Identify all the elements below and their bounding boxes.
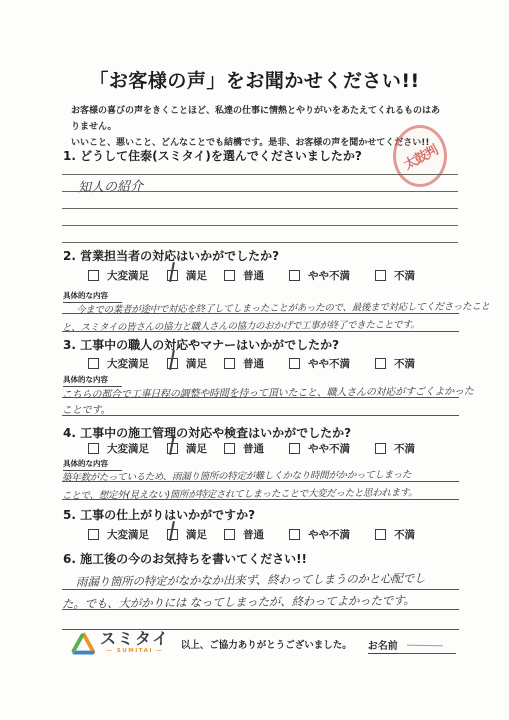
question-3-label: 3. 工事中の職人の対応やマナーはいかがでしたか?	[63, 336, 339, 353]
intro-line-1: お客様の喜びの声をきくことほど、私達の仕事に情熱とやりがいをあたえてくれるものは…	[71, 103, 447, 135]
q6-answer-area: 雨漏り箇所の特定がなかなか出来ず、終わってしまうのかと心配でし た。でも、大がか…	[62, 568, 459, 630]
footer: スミタイ — SUMITAI — 以上、ご協力ありがとうございました。 お名前	[70, 631, 456, 656]
q4-checkbox-satisfied[interactable]	[167, 443, 178, 454]
q3-option-very-satisfied: 大変満足	[88, 356, 167, 371]
q4-answer-handwriting: 築年数がたっているため、雨漏り箇所の特定が難しくかなり時間がかかってしまった	[62, 466, 411, 483]
ruled-line	[62, 226, 458, 243]
q2-option-slightly-dissatisfied: やや不満	[289, 268, 375, 283]
logo-subtext: — SUMITAI —	[100, 648, 170, 654]
checkbox-label: 不満	[394, 527, 415, 542]
checkbox-label: 普通	[243, 527, 264, 542]
checkbox-label: やや不満	[308, 268, 350, 283]
q2-option-very-satisfied: 大変満足	[88, 268, 167, 283]
q3-checkbox-dissatisfied[interactable]	[375, 358, 386, 369]
q5-option-dissatisfied: 不満	[375, 527, 473, 542]
q2-option-normal: 普通	[224, 268, 289, 283]
q6-answer-handwriting: た。でも、大がかりには なってしまったが、終わってよかったです。	[62, 592, 415, 612]
q5-checkbox-normal[interactable]	[224, 529, 235, 540]
q5-checkbox-very-satisfied[interactable]	[88, 529, 99, 540]
checkbox-label: やや不満	[308, 527, 350, 542]
checkbox-label: 普通	[243, 356, 264, 371]
q4-checkbox-normal[interactable]	[224, 443, 235, 454]
q4-option-dissatisfied: 不満	[375, 441, 473, 456]
q5-option-normal: 普通	[224, 527, 289, 542]
q4-option-satisfied: 満足	[167, 441, 224, 456]
q6-answer-handwriting: 雨漏り箇所の特定がなかなか出来ず、終わってしまうのかと心配でし	[76, 570, 425, 590]
q4-options-row: 大変満足 満足 普通 やや不満 不満	[88, 441, 473, 456]
q3-option-dissatisfied: 不満	[375, 356, 473, 371]
form-title: 「お客様の声」をお聞かせください!!	[0, 66, 509, 93]
q5-checkbox-dissatisfied[interactable]	[375, 529, 386, 540]
q3-answer-area: こちらの都合で工事日程の調整や時間を待って頂いたこと、職人さんの対応がすごくよか…	[62, 381, 459, 416]
ruled-line: 雨漏り箇所の特定がなかなか出来ず、終わってしまうのかと心配でし	[62, 568, 459, 590]
q3-option-slightly-dissatisfied: やや不満	[289, 356, 375, 371]
q2-option-satisfied: 満足	[167, 268, 224, 283]
q5-option-very-satisfied: 大変満足	[88, 527, 167, 542]
name-label: お名前	[368, 637, 398, 654]
q2-option-dissatisfied: 不満	[375, 268, 473, 283]
checkbox-label: 大変満足	[107, 441, 149, 456]
checkbox-label: 大変満足	[107, 268, 149, 283]
checkbox-label: 不満	[394, 356, 415, 371]
q3-checkbox-satisfied[interactable]	[167, 358, 178, 369]
q4-option-slightly-dissatisfied: やや不満	[289, 441, 375, 456]
thanks-text: 以上、ご協力ありがとうございました。	[181, 637, 352, 651]
survey-sheet: 「お客様の声」をお聞かせください!! お客様の喜びの声をきくことほど、私達の仕事…	[0, 0, 509, 720]
sumitai-logo-icon	[70, 632, 96, 656]
ruled-line: 知人の紹介	[62, 175, 458, 192]
q5-option-slightly-dissatisfied: やや不満	[289, 527, 375, 542]
q5-option-satisfied: 満足	[167, 527, 224, 542]
question-4-label: 4. 工事中の施工管理の対応や検査はいかがでしたか?	[63, 424, 351, 441]
question-2-label: 2. 営業担当者の対応はいかがでしたか?	[63, 247, 279, 264]
ruled-line	[62, 158, 458, 175]
ruled-line	[62, 610, 459, 630]
q2-options-row: 大変満足 満足 普通 やや不満 不満	[88, 268, 473, 283]
q2-checkbox-slightly-dissatisfied[interactable]	[289, 270, 300, 281]
q4-checkbox-very-satisfied[interactable]	[88, 443, 99, 454]
q2-checkbox-satisfied[interactable]	[167, 270, 178, 281]
ruled-line: ことです。	[62, 398, 459, 416]
ruled-line	[62, 209, 458, 226]
checkbox-label: 普通	[243, 441, 264, 456]
checkbox-label: 不満	[394, 441, 415, 456]
q2-answer-area: 今までの業者が途中で対応を終了してしまったことがあったので、最後まで対応してくだ…	[62, 296, 459, 332]
question-5-label: 5. 工事の仕上がりはいかがですか?	[63, 506, 255, 523]
checkbox-label: やや不満	[308, 441, 350, 456]
q4-checkbox-dissatisfied[interactable]	[375, 443, 386, 454]
ruled-line: ことで、想定外(見えない)箇所が特定されてしまったことで大変だったと思われます。	[62, 482, 459, 500]
logo-text-block: スミタイ — SUMITAI —	[100, 631, 170, 654]
ruled-line: と、スミタイの皆さんの協力と職人さんの協力のおかげで工事が終了できたことです。	[62, 314, 459, 332]
ruled-line: 築年数がたっているため、雨漏り箇所の特定が難しくかなり時間がかかってしまった	[62, 464, 459, 482]
q5-checkbox-slightly-dissatisfied[interactable]	[289, 529, 300, 540]
q5-checkbox-satisfied[interactable]	[167, 529, 178, 540]
q2-checkbox-normal[interactable]	[224, 270, 235, 281]
ruled-line	[62, 192, 458, 209]
q2-checkbox-very-satisfied[interactable]	[88, 270, 99, 281]
q3-checkbox-normal[interactable]	[224, 358, 235, 369]
q1-answer-area: 知人の紹介	[62, 158, 458, 243]
q2-checkbox-dissatisfied[interactable]	[375, 270, 386, 281]
question-6-label: 6. 施工後の今のお気持ちを書いてください!!	[63, 550, 307, 567]
checkbox-label: 不満	[394, 268, 415, 283]
checkbox-label: 満足	[186, 268, 207, 283]
checkbox-label: やや不満	[308, 356, 350, 371]
q4-checkbox-slightly-dissatisfied[interactable]	[289, 443, 300, 454]
checkbox-label: 普通	[243, 268, 264, 283]
checkbox-label: 満足	[186, 527, 207, 542]
q4-option-very-satisfied: 大変満足	[88, 441, 167, 456]
logo-text: スミタイ	[100, 631, 170, 648]
q2-answer-handwriting: と、スミタイの皆さんの協力と職人さんの協力のおかげで工事が終了できたことです。	[62, 316, 420, 333]
checkbox-label: 大変満足	[107, 356, 149, 371]
checkbox-label: 満足	[186, 441, 207, 456]
ruled-line: 今までの業者が途中で対応を終了してしまったことがあったので、最後まで対応してくだ…	[62, 296, 459, 314]
intro-text: お客様の喜びの声をきくことほど、私達の仕事に情熱とやりがいをあたえてくれるものは…	[71, 103, 447, 152]
q3-options-row: 大変満足 満足 普通 やや不満 不満	[88, 356, 473, 371]
q4-answer-area: 築年数がたっているため、雨漏り箇所の特定が難しくかなり時間がかかってしまった こ…	[62, 464, 459, 500]
q3-checkbox-slightly-dissatisfied[interactable]	[289, 358, 300, 369]
q4-answer-handwriting: ことで、想定外(見えない)箇所が特定されてしまったことで大変だったと思われます。	[62, 484, 418, 501]
ruled-line: た。でも、大がかりには なってしまったが、終わってよかったです。	[62, 590, 459, 610]
q3-answer-handwriting: ことです。	[62, 401, 110, 416]
checkbox-label: 満足	[186, 356, 207, 371]
ruled-line: こちらの都合で工事日程の調整や時間を待って頂いたこと、職人さんの対応がすごくよか…	[62, 381, 459, 398]
q3-option-satisfied: 満足	[167, 356, 224, 371]
checkbox-label: 大変満足	[107, 527, 149, 542]
q4-option-normal: 普通	[224, 441, 289, 456]
q3-option-normal: 普通	[224, 356, 289, 371]
q5-options-row: 大変満足 満足 普通 やや不満 不満	[88, 527, 473, 542]
q3-checkbox-very-satisfied[interactable]	[88, 358, 99, 369]
